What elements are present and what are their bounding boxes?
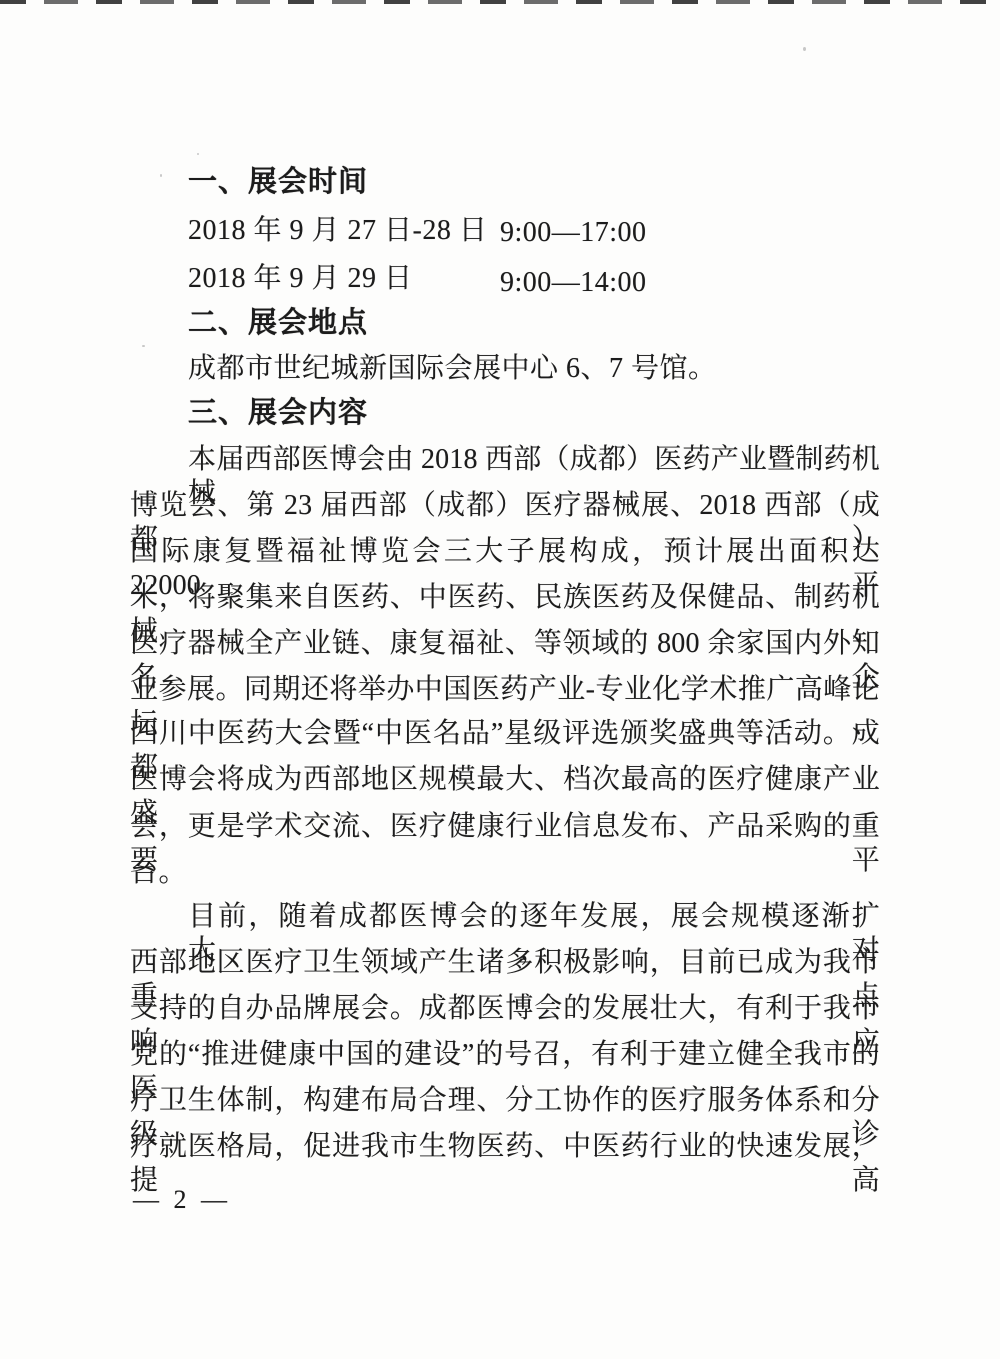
page-number: — 2 — [133, 1185, 231, 1215]
schedule-time-2: 9:00—14:00 [500, 266, 647, 300]
schedule-time-1: 9:00—17:00 [500, 216, 647, 250]
scan-speck [160, 174, 162, 177]
scan-top-edge-artifact [0, 0, 1000, 4]
paragraph1-line: 会，更是学术交流、医疗健康行业信息发布、产品采购的重要平 [130, 810, 880, 878]
schedule-date-2: 2018 年 9 月 29 日 [188, 262, 413, 296]
scan-speck [197, 153, 199, 155]
scan-speck [142, 345, 145, 347]
venue-text: 成都市世纪城新国际会展中心 6、7 号馆。 [188, 352, 717, 386]
section-heading-exhibition-time: 一、展会时间 [188, 165, 368, 199]
scanned-document-page: 一、展会时间 2018 年 9 月 27 日-28 日 9:00—17:00 2… [0, 0, 1000, 1359]
section-heading-exhibition-content: 三、展会内容 [188, 396, 368, 430]
paragraph2-line: 疗就医格局，促进我市生物医药、中医药行业的快速发展，提高 [130, 1130, 880, 1198]
section-heading-exhibition-venue: 二、展会地点 [188, 306, 368, 340]
schedule-date-1: 2018 年 9 月 27 日-28 日 [188, 214, 487, 248]
paragraph1-line: 台。 [130, 856, 187, 890]
scan-speck [803, 47, 806, 51]
